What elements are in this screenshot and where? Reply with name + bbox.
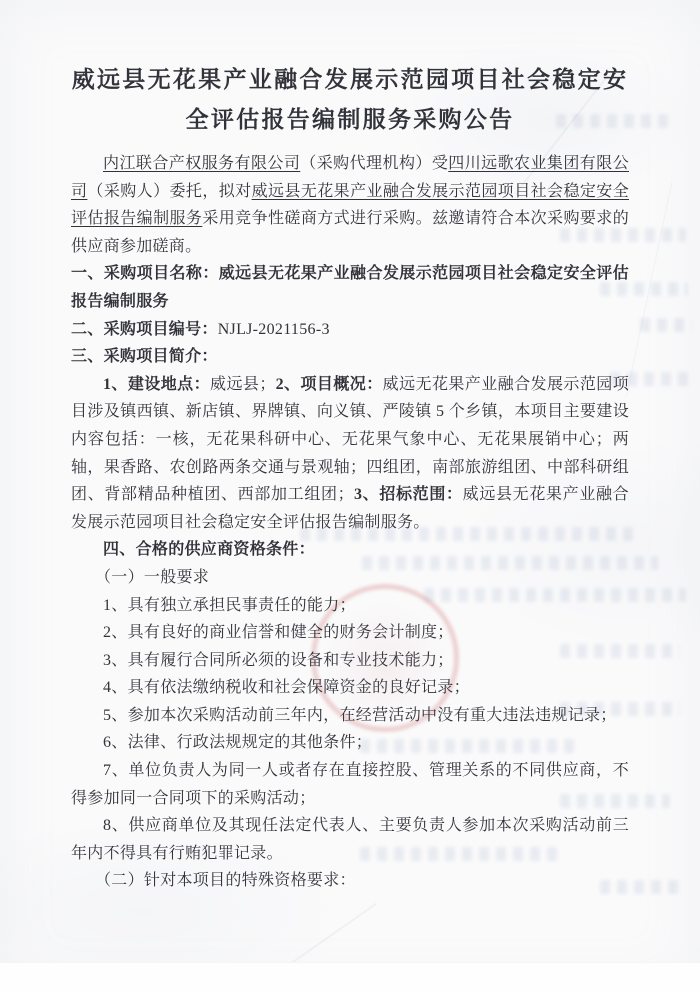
section-3-heading: 三、采购项目简介： [71, 343, 629, 371]
section-2-project-number: 二、采购项目编号：NJLJ-2021156-3 [71, 316, 629, 344]
overview-label-location: 1、建设地点： [103, 376, 210, 393]
overview-profile: 威远无花果产业融合发展示范园项目涉及镇西镇、新店镇、界牌镇、向义镇、严陵镇 5 … [71, 376, 629, 503]
intro-text: （采购代理机构）受 [300, 155, 448, 172]
section-1-label: 一、采购项目名称： [71, 265, 219, 282]
title-line-1: 威远县无花果产业融合发展示范园项目社会稳定安 [72, 67, 629, 92]
section-2-label: 二、采购项目编号： [71, 321, 218, 338]
overview-label-scope: 3、招标范围： [354, 486, 463, 503]
special-requirements-heading: （二）针对本项目的特殊资格要求： [71, 867, 629, 895]
project-number: NJLJ-2021156-3 [218, 321, 330, 338]
intro-text: （采购人）委托，拟对 [87, 183, 251, 200]
project-overview-paragraph: 1、建设地点：威远县；2、项目概况：威远无花果产业融合发展示范园项目涉及镇西镇、… [71, 371, 629, 537]
document-title: 威远县无花果产业融合发展示范园项目社会稳定安全评估报告编制服务采购公告 [20, 60, 680, 140]
requirement-item: 3、具有履行合同所必须的设备和专业技术能力； [71, 647, 629, 675]
general-requirements-heading: （一）一般要求 [71, 564, 629, 592]
requirement-item: 4、具有依法缴纳税收和社会保障资金的良好记录； [71, 674, 629, 702]
paper-crease [286, 902, 378, 968]
requirement-item: 5、参加本次采购活动前三年内，在经营活动中没有重大违法违规记录； [71, 702, 629, 730]
agency-name-underlined: 内江联合产权服务有限公司 [103, 155, 300, 172]
overview-label-profile: 2、项目概况： [276, 376, 383, 393]
section-4-heading: 四、合格的供应商资格条件： [71, 536, 629, 564]
intro-paragraph: 内江联合产权服务有限公司（采购代理机构）受四川远歌农业集团有限公司（采购人）委托… [71, 150, 629, 260]
bleedthrough-ghost [640, 318, 692, 332]
requirement-item: 1、具有独立承担民事责任的能力； [71, 592, 629, 620]
overview-location: 威远县； [210, 376, 276, 393]
requirement-item: 7、单位负责人为同一人或者存在直接控股、管理关系的不同供应商，不得参加同一合同项… [71, 757, 629, 812]
requirement-item: 8、供应商单位及其现任法定代表人、主要负责人参加本次采购活动前三年内不得具有行贿… [71, 812, 629, 867]
section-1-project-name: 一、采购项目名称：威远县无花果产业融合发展示范园项目社会稳定安全评估报告编制服务 [71, 260, 629, 315]
scan-bottom-edge [0, 962, 700, 991]
document-page: 威远县无花果产业融合发展示范园项目社会稳定安全评估报告编制服务采购公告 内江联合… [0, 0, 700, 991]
title-line-2: 全评估报告编制服务采购公告 [186, 107, 515, 132]
requirement-item: 2、具有良好的商业信誉和健全的财务会计制度； [71, 619, 629, 647]
requirement-item: 6、法律、行政法规规定的其他条件； [71, 729, 629, 757]
document-body: 内江联合产权服务有限公司（采购代理机构）受四川远歌农业集团有限公司（采购人）委托… [71, 150, 629, 895]
